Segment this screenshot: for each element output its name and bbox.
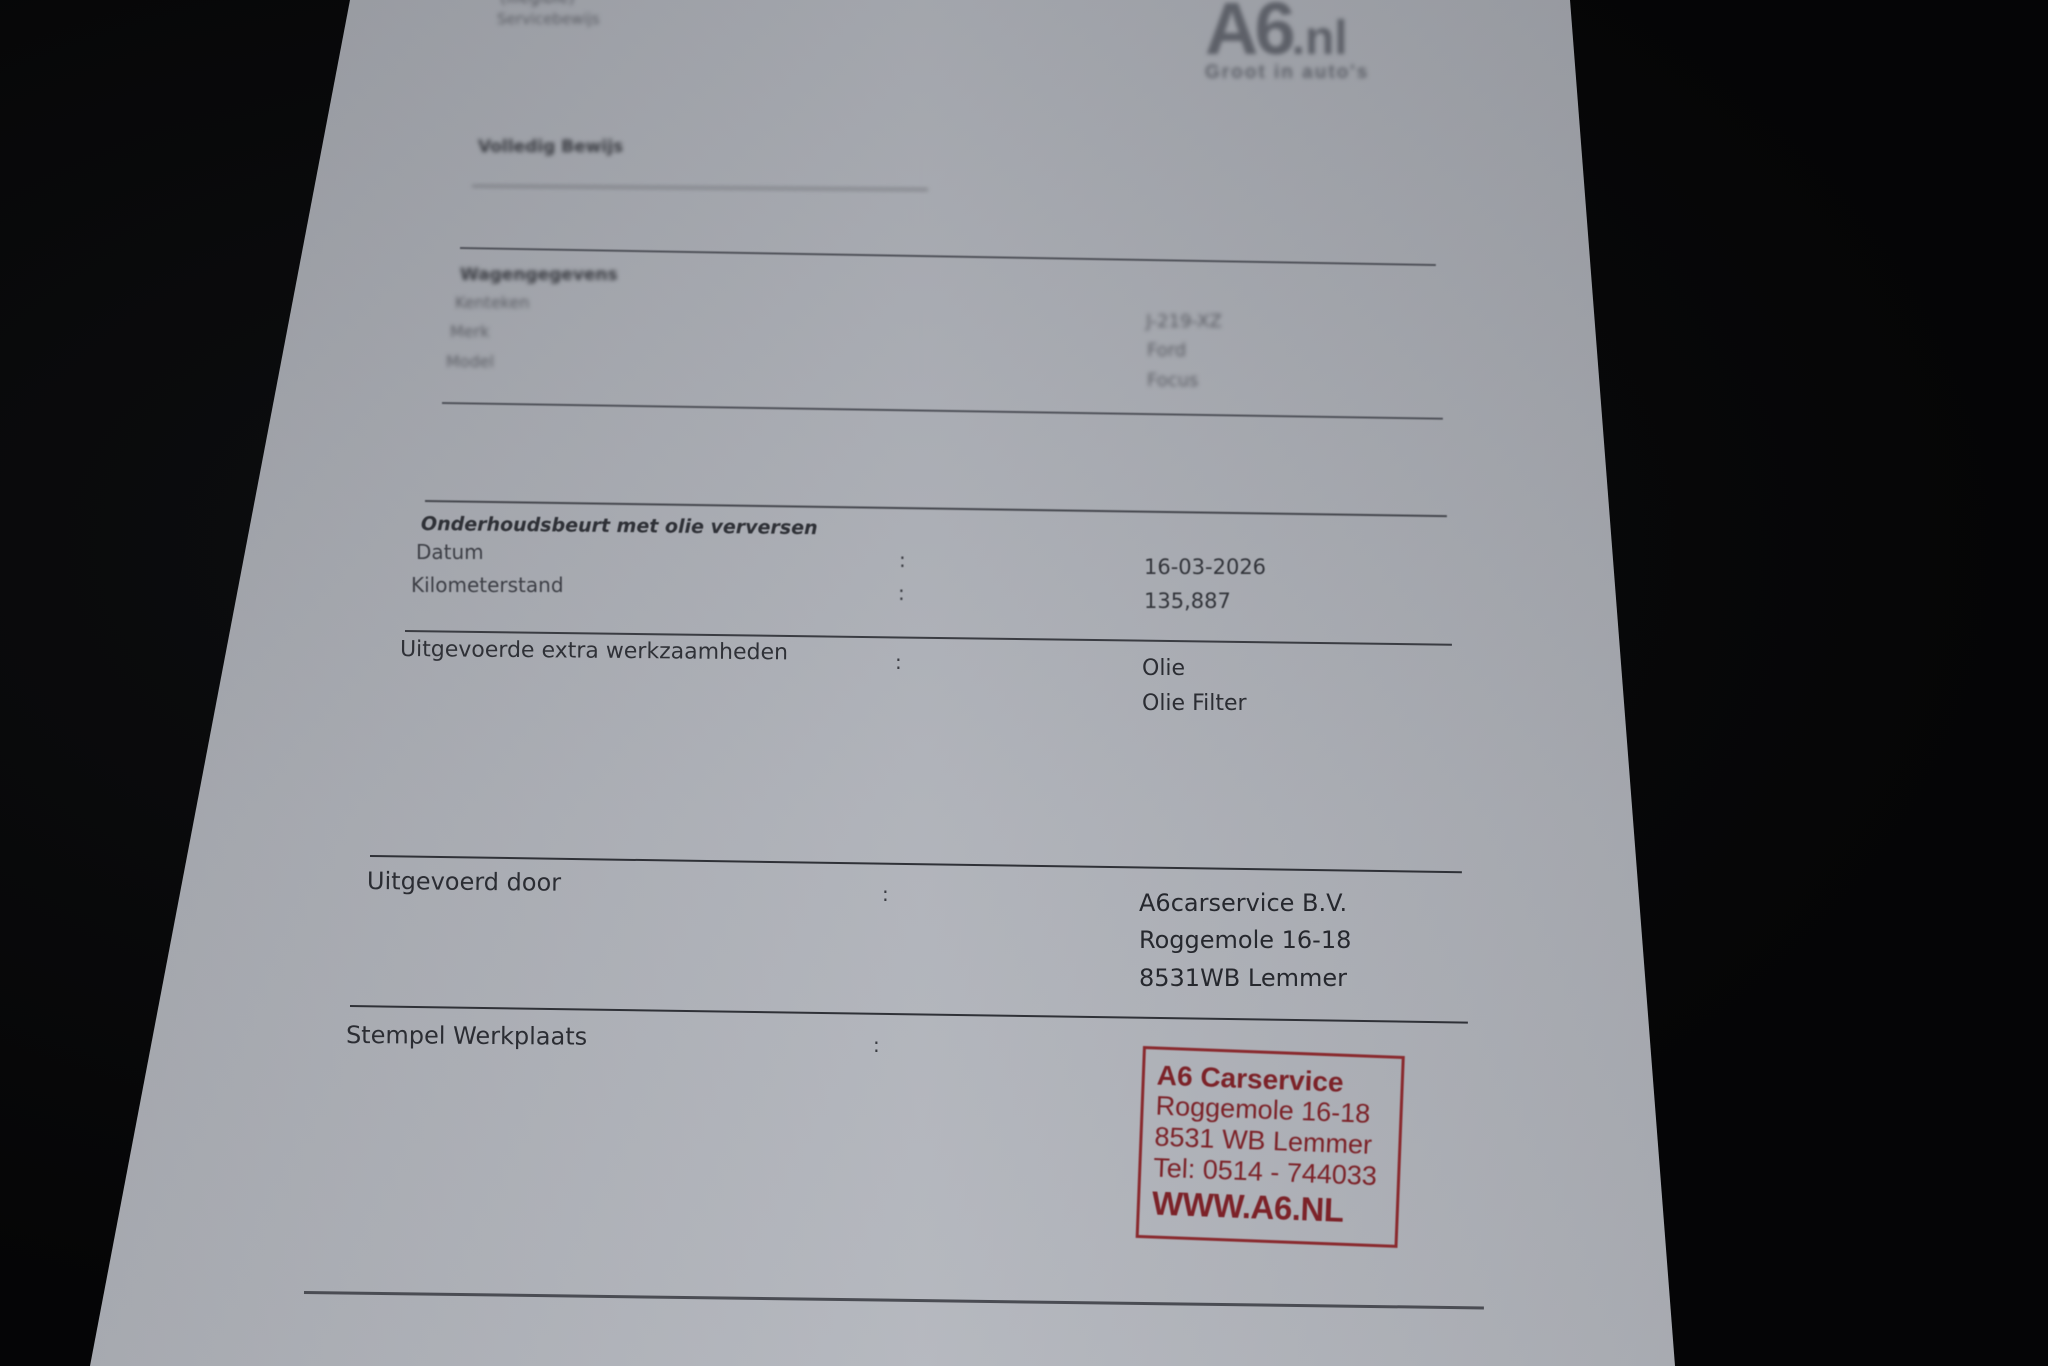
logo-mark: A6.nl — [1205, 0, 1348, 71]
vehicle-value-kenteken: J-219-XZ — [1146, 311, 1222, 332]
separator-colon: : — [898, 581, 905, 605]
header-line-1: (illegible) — [500, 0, 575, 7]
header-line-2: Servicebewijs — [497, 10, 600, 28]
vehicle-label-merk: Merk — [450, 322, 490, 341]
performed-by-company: A6carservice B.V. — [1139, 889, 1347, 917]
performed-by-city: 8531WB Lemmer — [1139, 964, 1347, 992]
vehicle-label-model: Model — [446, 352, 494, 371]
vehicle-section-heading: Wagengegevens — [460, 265, 618, 285]
logo-tagline: Groot in auto's — [1205, 62, 1369, 84]
service-label-kilometerstand: Kilometerstand — [411, 573, 564, 597]
workshop-stamp-label: Stempel Werkplaats — [346, 1021, 587, 1051]
vehicle-value-merk: Ford — [1147, 340, 1186, 361]
vehicle-value-model: Focus — [1147, 370, 1198, 391]
logo-tld: .nl — [1292, 12, 1348, 65]
separator-colon: : — [882, 882, 889, 906]
document-title: Volledig Bewijs — [478, 137, 623, 157]
service-section-heading: Onderhoudsbeurt met olie verversen — [421, 513, 818, 539]
logo-brand: A6 — [1205, 0, 1292, 70]
workshop-stamp: A6 Carservice Roggemole 16-18 8531 WB Le… — [1136, 1046, 1405, 1248]
service-value-datum: 16-03-2026 — [1144, 555, 1266, 579]
performed-by-label: Uitgevoerd door — [367, 867, 561, 897]
service-label-datum: Datum — [416, 540, 484, 564]
vehicle-label-kenteken: Kenteken — [455, 293, 529, 312]
separator-colon: : — [895, 650, 902, 674]
separator-colon: : — [873, 1033, 880, 1057]
extra-work-item-olie: Olie — [1142, 656, 1185, 681]
performed-by-street: Roggemole 16-18 — [1139, 926, 1351, 954]
separator-colon: : — [899, 548, 906, 572]
extra-work-label: Uitgevoerde extra werkzaamheden — [400, 637, 788, 665]
service-value-kilometerstand: 135,887 — [1144, 589, 1231, 613]
extra-work-item-olie-filter: Olie Filter — [1142, 691, 1247, 716]
